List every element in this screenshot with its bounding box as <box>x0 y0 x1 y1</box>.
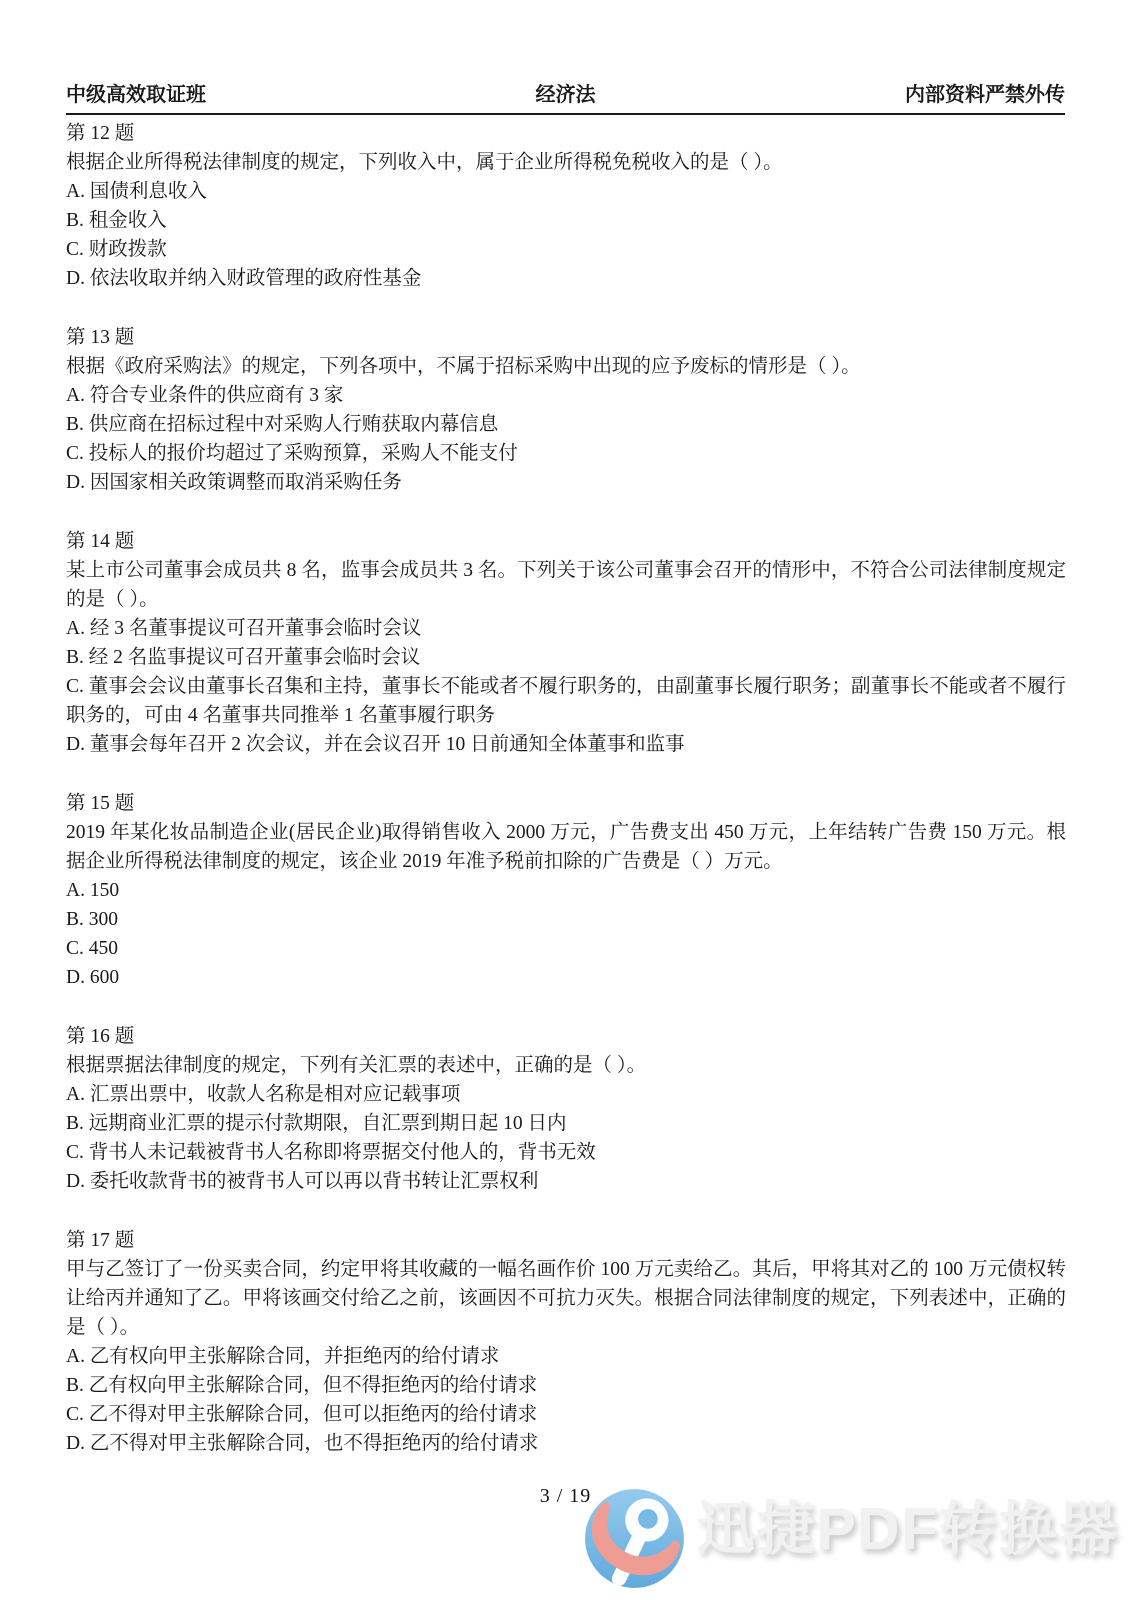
question-15: 第 15 题 2019 年某化妆品制造企业(居民企业)取得销售收入 2000 万… <box>66 789 1066 992</box>
question-stem: 甲与乙签订了一份买卖合同，约定甲将其收藏的一幅名画作价 100 万元卖给乙。其后… <box>66 1255 1066 1342</box>
document-page: 中级高效取证班 经济法 内部资料严禁外传 第 12 题 根据企业所得税法律制度的… <box>0 0 1131 1600</box>
question-16: 第 16 题 根据票据法律制度的规定，下列有关汇票的表述中，正确的是（ ）。 A… <box>66 1022 1066 1196</box>
option-d: D. 董事会每年召开 2 次会议，并在会议召开 10 日前通知全体董事和监事 <box>66 730 1066 759</box>
pdf-converter-watermark: 迅捷PDF转换器 <box>697 1494 1119 1566</box>
question-stem: 根据票据法律制度的规定，下列有关汇票的表述中，正确的是（ ）。 <box>66 1051 1066 1080</box>
option-b: B. 供应商在招标过程中对采购人行贿获取内幕信息 <box>66 410 1066 439</box>
header-notice-label: 内部资料严禁外传 <box>905 84 1065 106</box>
option-a: A. 汇票出票中，收款人名称是相对应记载事项 <box>66 1080 1066 1109</box>
header-course-label: 中级高效取证班 <box>66 84 206 106</box>
option-b: B. 远期商业汇票的提示付款期限，自汇票到期日起 10 日内 <box>66 1109 1066 1138</box>
question-stem: 根据《政府采购法》的规定，下列各项中，不属于招标采购中出现的应予废标的情形是（ … <box>66 352 1066 381</box>
option-a: A. 经 3 名董事提议可召开董事会临时会议 <box>66 614 1066 643</box>
option-a: A. 乙有权向甲主张解除合同，并拒绝丙的给付请求 <box>66 1342 1066 1371</box>
option-b: B. 乙有权向甲主张解除合同，但不得拒绝丙的给付请求 <box>66 1371 1066 1400</box>
option-c: C. 投标人的报价均超过了采购预算，采购人不能支付 <box>66 439 1066 468</box>
question-number: 第 12 题 <box>66 119 1066 148</box>
option-d: D. 依法收取并纳入财政管理的政府性基金 <box>66 264 1066 293</box>
option-c: C. 450 <box>66 934 1066 963</box>
option-b: B. 300 <box>66 905 1066 934</box>
question-number: 第 13 题 <box>66 323 1066 352</box>
question-17: 第 17 题 甲与乙签订了一份买卖合同，约定甲将其收藏的一幅名画作价 100 万… <box>66 1226 1066 1458</box>
pdf-converter-logo-icon <box>583 1486 686 1589</box>
question-number: 第 16 题 <box>66 1022 1066 1051</box>
option-c: C. 背书人未记载被背书人名称即将票据交付他人的，背书无效 <box>66 1138 1066 1167</box>
option-a: A. 150 <box>66 876 1066 905</box>
option-c: C. 董事会会议由董事长召集和主持，董事长不能或者不履行职务的，由副董事长履行职… <box>66 672 1066 730</box>
question-stem: 某上市公司董事会成员共 8 名，监事会成员共 3 名。下列关于该公司董事会召开的… <box>66 556 1066 614</box>
option-d: D. 乙不得对甲主张解除合同，也不得拒绝丙的给付请求 <box>66 1429 1066 1458</box>
option-a: A. 国债利息收入 <box>66 177 1066 206</box>
questions-area: 第 12 题 根据企业所得税法律制度的规定，下列收入中，属于企业所得税免税收入的… <box>66 119 1066 1488</box>
option-a: A. 符合专业条件的供应商有 3 家 <box>66 381 1066 410</box>
page-header: 中级高效取证班 经济法 内部资料严禁外传 <box>66 84 1065 115</box>
option-d: D. 因国家相关政策调整而取消采购任务 <box>66 468 1066 497</box>
question-number: 第 17 题 <box>66 1226 1066 1255</box>
option-d: D. 委托收款背书的被背书人可以再以背书转让汇票权利 <box>66 1167 1066 1196</box>
question-stem: 2019 年某化妆品制造企业(居民企业)取得销售收入 2000 万元，广告费支出… <box>66 818 1066 876</box>
question-13: 第 13 题 根据《政府采购法》的规定，下列各项中，不属于招标采购中出现的应予废… <box>66 323 1066 497</box>
question-number: 第 14 题 <box>66 527 1066 556</box>
header-subject-label: 经济法 <box>536 84 596 106</box>
option-d: D. 600 <box>66 963 1066 992</box>
question-number: 第 15 题 <box>66 789 1066 818</box>
option-c: C. 财政拨款 <box>66 235 1066 264</box>
question-stem: 根据企业所得税法律制度的规定，下列收入中，属于企业所得税免税收入的是（ ）。 <box>66 148 1066 177</box>
option-b: B. 租金收入 <box>66 206 1066 235</box>
option-b: B. 经 2 名监事提议可召开董事会临时会议 <box>66 643 1066 672</box>
option-c: C. 乙不得对甲主张解除合同，但可以拒绝丙的给付请求 <box>66 1400 1066 1429</box>
question-12: 第 12 题 根据企业所得税法律制度的规定，下列收入中，属于企业所得税免税收入的… <box>66 119 1066 293</box>
question-14: 第 14 题 某上市公司董事会成员共 8 名，监事会成员共 3 名。下列关于该公… <box>66 527 1066 759</box>
